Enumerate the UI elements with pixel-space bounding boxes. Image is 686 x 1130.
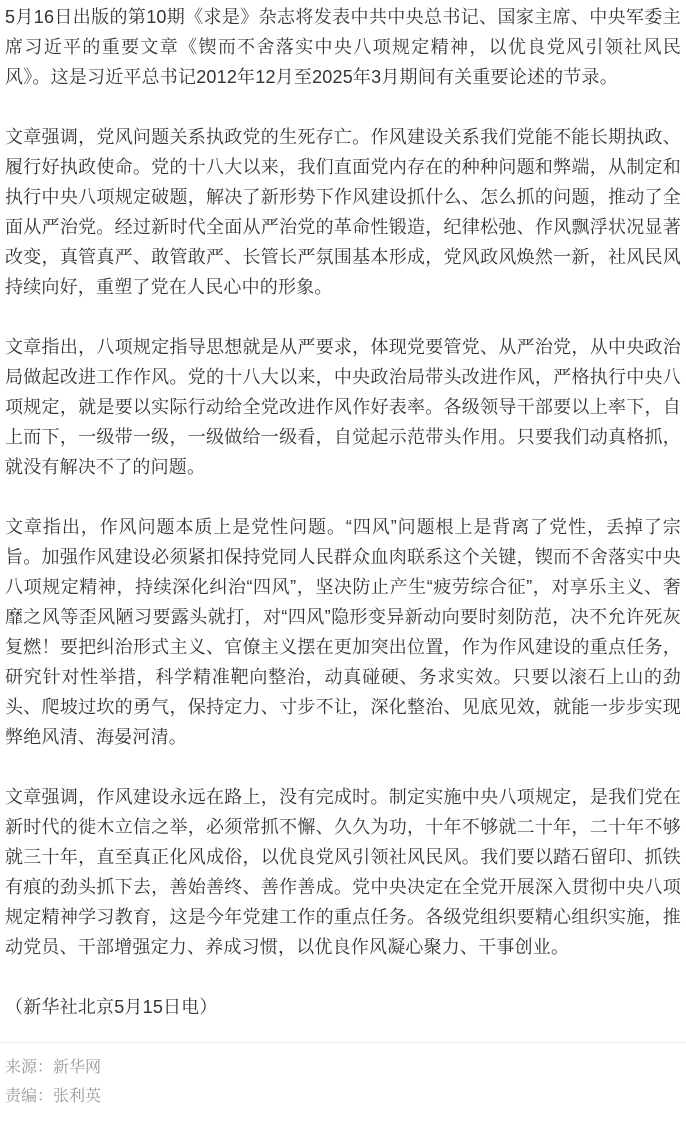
article-paragraph: 文章强调，作风建设永远在路上，没有完成时。制定实施中央八项规定，是我们党在新时代… <box>5 782 681 962</box>
article-paragraph: 文章指出，八项规定指导思想就是从严要求，体现党要管党、从严治党，从中央政治局做起… <box>5 332 681 482</box>
article-footer: 来源：新华网 责编：张利英 <box>0 1051 686 1105</box>
editor-value: 张利英 <box>53 1088 101 1105</box>
article-dateline: （新华社北京5月15日电） <box>5 992 681 1022</box>
source-row: 来源：新华网 <box>5 1060 681 1076</box>
article-paragraph: 文章指出，作风问题本质上是党性问题。“四风”问题根上是背离了党性，丢掉了宗旨。加… <box>5 512 681 752</box>
source-value: 新华网 <box>53 1059 101 1076</box>
article-paragraph: 文章强调，党风问题关系执政党的生死存亡。作风建设关系我们党能不能长期执政、履行好… <box>5 122 681 302</box>
article-page: 5月16日出版的第10期《求是》杂志将发表中共中央总书记、国家主席、中央军委主席… <box>0 0 686 1130</box>
source-label: 来源： <box>5 1059 53 1076</box>
footer-divider <box>0 1042 686 1043</box>
editor-row: 责编：张利英 <box>5 1089 681 1105</box>
article-paragraph: 5月16日出版的第10期《求是》杂志将发表中共中央总书记、国家主席、中央军委主席… <box>5 2 681 92</box>
article-body: 5月16日出版的第10期《求是》杂志将发表中共中央总书记、国家主席、中央军委主席… <box>0 0 686 1022</box>
editor-label: 责编： <box>5 1088 53 1105</box>
